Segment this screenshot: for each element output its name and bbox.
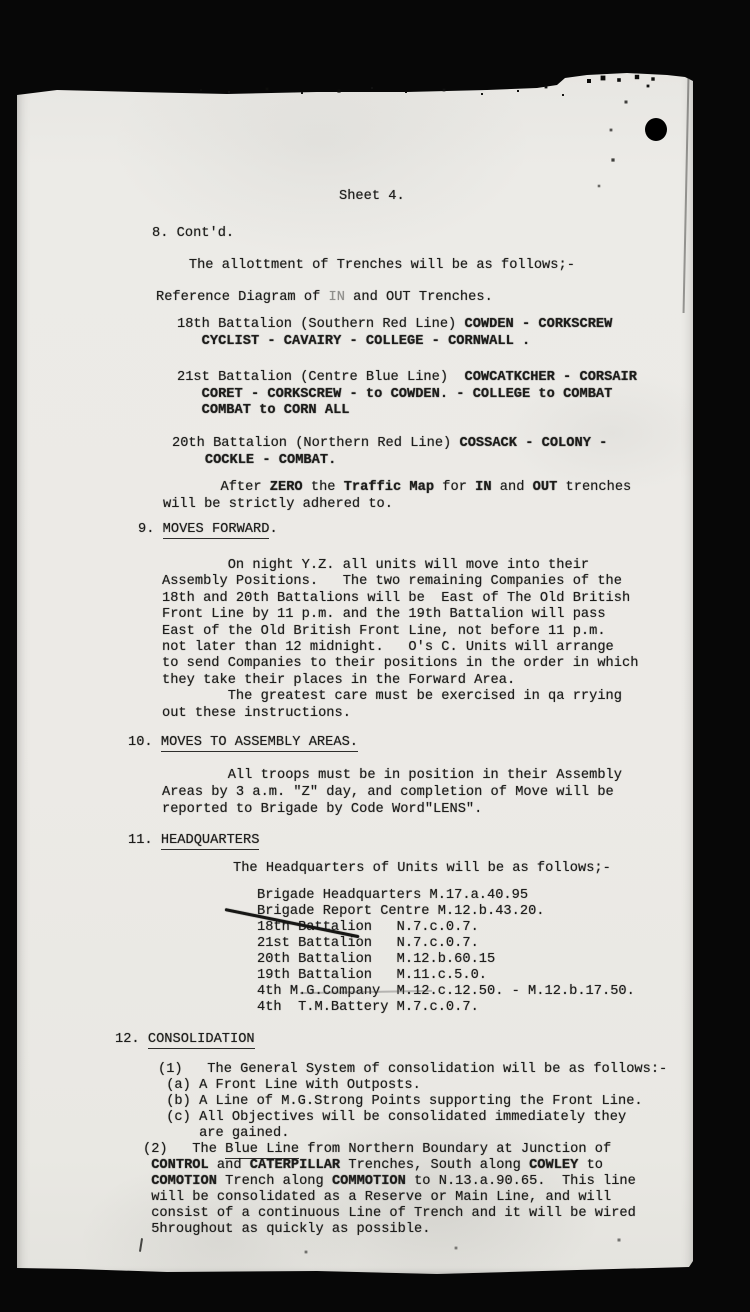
typed-text: Brigade Report Centre xyxy=(257,904,438,919)
typed-text xyxy=(143,1174,151,1189)
typed-text: The Headquarters of Units will be as fol… xyxy=(233,861,611,876)
doc-line: they take their places in the Forward Ar… xyxy=(162,673,515,689)
typed-text: COMBAT to CORN ALL xyxy=(202,403,350,418)
doc-line: (a) A Front Line with Outposts. xyxy=(158,1078,421,1094)
typed-text: Trench along xyxy=(217,1174,332,1189)
typed-text: COMMOTION xyxy=(332,1174,406,1189)
typed-text: M.17.a.40.95 xyxy=(430,888,529,903)
typed-text: CORET - CORKSCREW - to COWDEN. - COLLEGE… xyxy=(202,387,613,402)
underlined-text: Blue Line xyxy=(225,1142,299,1159)
typed-text: from Northern Boundary at Junction of xyxy=(299,1142,611,1157)
typed-text: consist of a continuous Line of Trench a… xyxy=(143,1206,636,1221)
typed-text: (2) The xyxy=(143,1142,225,1157)
doc-line: Reference Diagram of IN and OUT Trenches… xyxy=(156,290,493,306)
doc-line: to send Companies to their positions in … xyxy=(162,656,638,672)
doc-line: not later than 12 midnight. O's C. Units… xyxy=(162,640,614,656)
doc-line: 12. CONSOLIDATION xyxy=(115,1032,255,1048)
doc-line: 20th Battalion (Northern Red Line) COSSA… xyxy=(172,436,607,452)
typed-text: Traffic Map xyxy=(344,480,434,495)
typed-text: out these instructions. xyxy=(162,706,351,721)
typed-text: trenches xyxy=(557,480,631,495)
typed-text: . xyxy=(269,522,277,537)
underlined-text: MOVES TO ASSEMBLY AREAS. xyxy=(161,735,358,752)
doc-line: Brigade Report Centre M.12.b.43.20. xyxy=(257,904,545,920)
doc-line: After ZERO the Traffic Map for IN and OU… xyxy=(163,480,631,496)
doc-line: CONTROL and CATERPILLAR Trenches, South … xyxy=(143,1158,603,1174)
typed-text: 8. Cont'd. xyxy=(152,226,234,241)
doc-line: All troops must be in position in their … xyxy=(162,768,622,784)
doc-line: 20th Battalion M.12.b.60.15 xyxy=(257,952,495,968)
typed-text: (c) All Objectives will be consolidated … xyxy=(158,1110,626,1125)
doc-line: 18th Battalion (Southern Red Line) COWDE… xyxy=(177,317,612,333)
typed-text: IN xyxy=(475,480,491,495)
typed-text: East of the Old British Front Line, not … xyxy=(162,624,606,639)
doc-line: are gained. xyxy=(158,1126,289,1142)
doc-line: reported to Brigade by Code Word"LENS". xyxy=(162,802,482,818)
doc-line: 18th and 20th Battalions will be East of… xyxy=(162,591,630,607)
doc-line: The Headquarters of Units will be as fol… xyxy=(233,861,611,877)
doc-line: Brigade Headquarters M.17.a.40.95 xyxy=(257,888,528,904)
typed-text: 5hroughout as quickly as possible. xyxy=(143,1222,430,1237)
typed-text: 10. xyxy=(128,735,161,750)
underlined-text: MOVES FORWARD xyxy=(163,522,270,539)
typed-text: CATERPILLAR xyxy=(250,1158,340,1173)
typed-text: 11. xyxy=(128,833,161,848)
doc-line: COCKLE - COMBAT. xyxy=(172,453,336,469)
doc-line: COMBAT to CORN ALL xyxy=(177,403,350,419)
typed-text-layer: Sheet 4.8. Cont'd. The allottment of Tre… xyxy=(0,0,750,1312)
typed-text: All troops must be in position in their … xyxy=(162,768,622,783)
doc-line: out these instructions. xyxy=(162,706,351,722)
typed-text xyxy=(177,403,202,418)
typed-text: COCKLE - COMBAT. xyxy=(205,453,336,468)
doc-line: Assembly Positions. The two remaining Co… xyxy=(162,574,622,590)
doc-line: consist of a continuous Line of Trench a… xyxy=(143,1206,636,1222)
typed-text: and xyxy=(492,480,533,495)
typed-text: Front Line by 11 p.m. and the 19th Batta… xyxy=(162,607,606,622)
doc-line: (b) A Line of M.G.Strong Points supporti… xyxy=(158,1094,643,1110)
typed-text: 18th and 20th Battalions will be East of… xyxy=(162,591,630,606)
typed-text xyxy=(172,453,205,468)
typed-text: 21st Battalion xyxy=(257,936,397,951)
typed-text: CYCLIST - CAVAIRY - COLLEGE - CORNWALL . xyxy=(202,334,531,349)
typed-text: Reference Diagram of xyxy=(156,290,329,305)
typed-text: to N.13.a.90.65. This line xyxy=(406,1174,636,1189)
typed-text: M.12.c.12.50. - M.12.b.17.50. xyxy=(397,984,635,999)
typed-text xyxy=(177,334,202,349)
typed-text: 4th T.M.Battery xyxy=(257,1000,397,1015)
typed-text: the xyxy=(303,480,344,495)
typed-text: Sheet 4. xyxy=(339,189,405,204)
typed-text: COSSACK - COLONY - xyxy=(459,436,607,451)
doc-line: 21st Battalion (Centre Blue Line) COWCAT… xyxy=(177,370,637,386)
doc-line: will be strictly adhered to. xyxy=(163,497,393,513)
doc-line: Sheet 4. xyxy=(339,189,405,205)
scanned-document-page: { "colors": { "background": "#070707", "… xyxy=(0,0,750,1312)
typed-text: COWDEN - CORKSCREW xyxy=(464,317,612,332)
typed-text: M.7.c.0.7. xyxy=(397,1000,479,1015)
typed-text: 20th Battalion (Northern Red Line) xyxy=(172,436,459,451)
typed-text: COWCATKCHER - CORSAIR xyxy=(464,370,637,385)
doc-line: 19th Battalion M.11.c.5.0. xyxy=(257,968,487,984)
doc-line: will be consolidated as a Reserve or Mai… xyxy=(143,1190,611,1206)
typed-text: not later than 12 midnight. O's C. Units… xyxy=(162,640,614,655)
typed-text: COWLEY xyxy=(529,1158,578,1173)
doc-line: 21st Battalion N.7.c.0.7. xyxy=(257,936,479,952)
typed-text: and OUT Trenches. xyxy=(345,290,493,305)
typed-text: M.12.b.60.15 xyxy=(397,952,496,967)
typed-text: (1) The General System of consolidation … xyxy=(158,1062,667,1077)
typed-text: Trenches, South along xyxy=(340,1158,529,1173)
typed-text: (a) A Front Line with Outposts. xyxy=(158,1078,421,1093)
doc-line: 8. Cont'd. xyxy=(152,226,234,242)
typed-text: M.11.c.5.0. xyxy=(397,968,487,983)
typed-text: COMOTION xyxy=(151,1174,217,1189)
typed-text: N.7.c.0.7. xyxy=(397,920,479,935)
doc-line: (c) All Objectives will be consolidated … xyxy=(158,1110,626,1126)
doc-line: CYCLIST - CAVAIRY - COLLEGE - CORNWALL . xyxy=(177,334,530,350)
underlined-text: HEADQUARTERS xyxy=(161,833,260,850)
doc-line: 4th T.M.Battery M.7.c.0.7. xyxy=(257,1000,479,1016)
doc-line: 11. HEADQUARTERS xyxy=(128,833,259,849)
typed-text: will be consolidated as a Reserve or Mai… xyxy=(143,1190,611,1205)
typed-text: Areas by 3 a.m. "Z" day, and completion … xyxy=(162,785,614,800)
typed-text: will be strictly adhered to. xyxy=(163,497,393,512)
typed-text: N.7.c.0.7. xyxy=(397,936,479,951)
typed-text: IN xyxy=(329,290,345,305)
doc-line: (1) The General System of consolidation … xyxy=(158,1062,667,1078)
doc-line: East of the Old British Front Line, not … xyxy=(162,624,606,640)
typed-text: 12. xyxy=(115,1032,148,1047)
typed-text: OUT xyxy=(533,480,558,495)
typed-text: 18th Battalion xyxy=(257,920,397,935)
typed-text: 18th Battalion (Southern Red Line) xyxy=(177,317,464,332)
doc-line: The greatest care must be exercised in q… xyxy=(162,689,622,705)
typed-text: ZERO xyxy=(270,480,303,495)
doc-line: Front Line by 11 p.m. and the 19th Batta… xyxy=(162,607,606,623)
typed-text: they take their places in the Forward Ar… xyxy=(162,673,515,688)
underlined-text: CONSOLIDATION xyxy=(148,1032,255,1049)
typed-text: CONTROL xyxy=(151,1158,209,1173)
typed-text: After xyxy=(163,480,270,495)
doc-line: 10. MOVES TO ASSEMBLY AREAS. xyxy=(128,735,358,751)
typed-text: M.12.b.43.20. xyxy=(438,904,545,919)
typed-text: 20th Battalion xyxy=(257,952,397,967)
typed-text: and xyxy=(209,1158,250,1173)
doc-line: 5hroughout as quickly as possible. xyxy=(143,1222,430,1238)
typed-text: 9. xyxy=(138,522,163,537)
typed-text xyxy=(177,387,202,402)
typed-text: 19th Battalion xyxy=(257,968,397,983)
typed-text: On night Y.Z. all units will move into t… xyxy=(162,558,589,573)
doc-line: COMOTION Trench along COMMOTION to N.13.… xyxy=(143,1174,636,1190)
typed-text: (b) A Line of M.G.Strong Points supporti… xyxy=(158,1094,643,1109)
typed-text: Assembly Positions. The two remaining Co… xyxy=(162,574,622,589)
doc-line: 9. MOVES FORWARD. xyxy=(138,522,278,538)
typed-text: The allottment of Trenches will be as fo… xyxy=(156,258,575,273)
doc-line: The allottment of Trenches will be as fo… xyxy=(156,258,575,274)
typed-text: for xyxy=(434,480,475,495)
typed-text: The greatest care must be exercised in q… xyxy=(162,689,622,704)
typed-text: Brigade Headquarters xyxy=(257,888,430,903)
typed-text xyxy=(143,1158,151,1173)
typed-text: 21st Battalion (Centre Blue Line) xyxy=(177,370,464,385)
typed-text: to xyxy=(578,1158,603,1173)
doc-line: Areas by 3 a.m. "Z" day, and completion … xyxy=(162,785,614,801)
typed-text: reported to Brigade by Code Word"LENS". xyxy=(162,802,482,817)
doc-line: CORET - CORKSCREW - to COWDEN. - COLLEGE… xyxy=(177,387,612,403)
typed-text: are gained. xyxy=(158,1126,289,1141)
typed-text: to send Companies to their positions in … xyxy=(162,656,638,671)
doc-line: (2) The Blue Line from Northern Boundary… xyxy=(143,1142,611,1158)
doc-line: On night Y.Z. all units will move into t… xyxy=(162,558,589,574)
